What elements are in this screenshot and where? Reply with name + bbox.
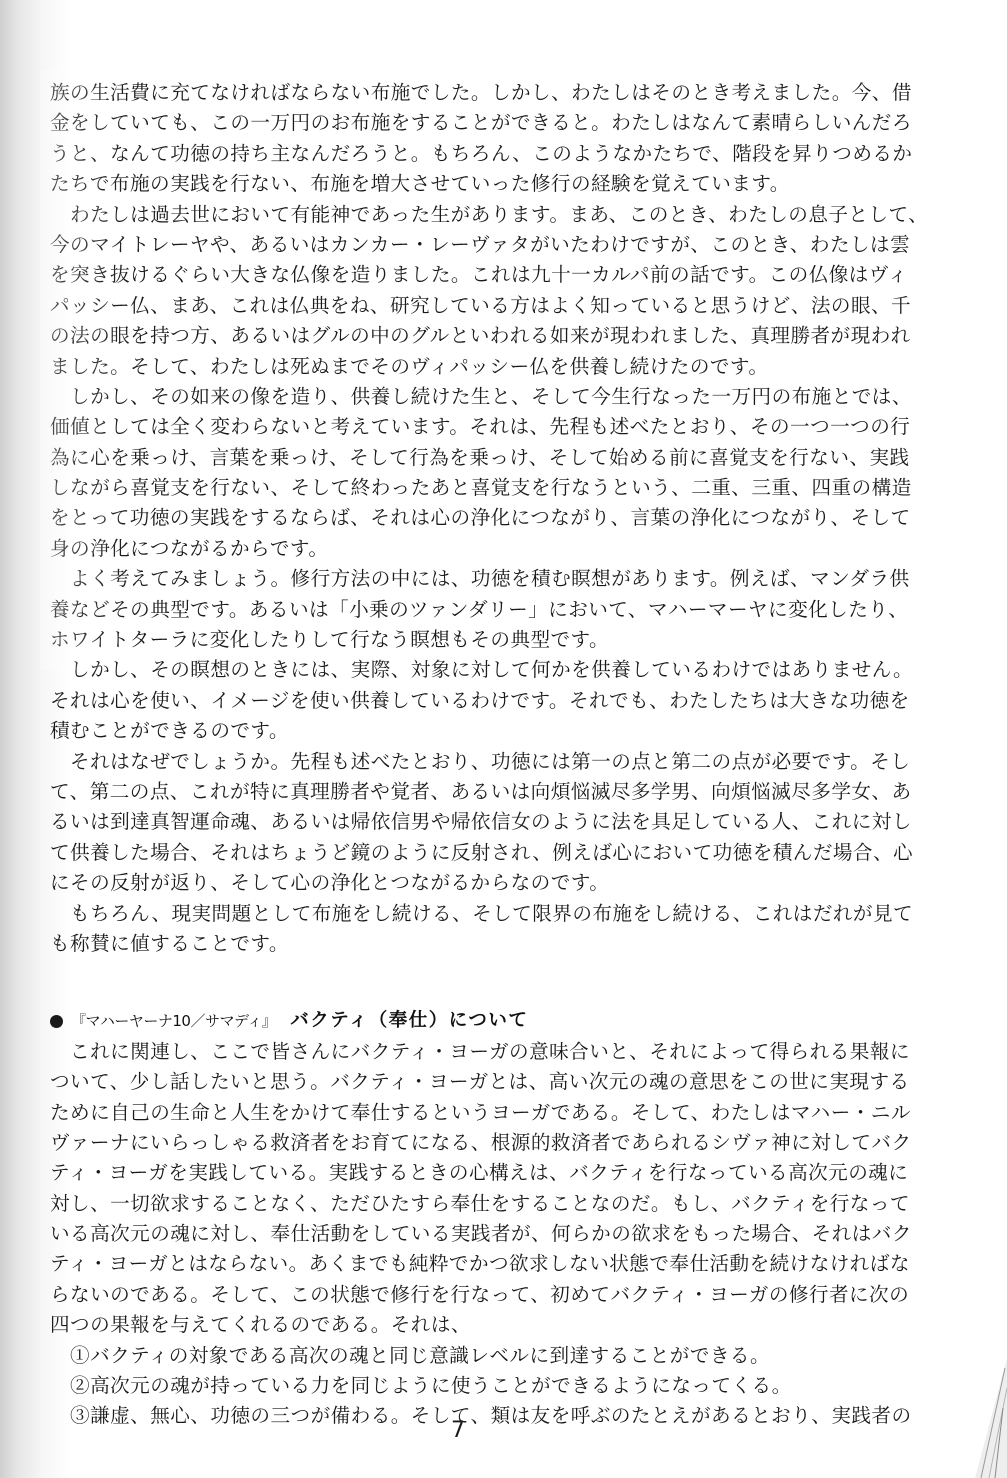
page-curl-decoration xyxy=(967,1358,1007,1478)
text-line: ホワイトターラに変化したりして行なう瞑想もその典型です。 xyxy=(50,625,890,655)
text-line: るいは到達真智運命魂、あるいは帰依信男や帰依信女のように法を具足している人、これ… xyxy=(50,807,890,837)
document-page: 族の生活費に充てなければならない布施でした。しかし、わたしはそのとき考えました。… xyxy=(50,78,890,1432)
text-line: も称賛に値することです。 xyxy=(50,929,890,959)
text-line: それはなぜでしょうか。先程も述べたとおり、功徳には第一の点と第二の点が必要です。… xyxy=(50,747,890,777)
text-line: しかし、その如来の像を造り、供養し続けた生と、そして今生行なった一万円の布施とで… xyxy=(50,382,890,412)
text-line: ために自己の生命と人生をかけて奉仕するというヨーガである。そして、わたしはマハー… xyxy=(50,1098,890,1128)
text-line: の法の眼を持つ方、あるいはグルの中のグルといわれる如来が現われました、真理勝者が… xyxy=(50,321,890,351)
bullet-icon xyxy=(50,1015,63,1028)
text-line: 身の浄化につながるからです。 xyxy=(50,534,890,564)
text-line: うと、なんて功徳の持ち主なんだろうと。もちろん、このようなかたちで、階段を昇りつ… xyxy=(50,139,890,169)
text-line: いる高次元の魂に対し、奉仕活動をしている実践者が、何らかの欲求をもった場合、それ… xyxy=(50,1219,890,1249)
body-text-part2: これに関連し、ここで皆さんにバクティ・ヨーガの意味合いと、それによって得られる果… xyxy=(50,1037,890,1432)
text-line: 対し、一切欲求することなく、ただひたすら奉仕をすることなのだ。もし、バクティを行… xyxy=(50,1189,890,1219)
text-line: 積むことができるのです。 xyxy=(50,716,890,746)
text-line: しながら喜覚支を行ない、そして終わったあと喜覚支を行なうという、二重、三重、四重… xyxy=(50,473,890,503)
text-line: ついて、少し話したいと思う。バクティ・ヨーガとは、高い次元の魂の意思をこの世に実… xyxy=(50,1067,890,1097)
text-line: ティ・ヨーガを実践している。実践するときの心構えは、バクティを行なっている高次元… xyxy=(50,1158,890,1188)
text-line: て、第二の点、これが特に真理勝者や覚者、あるいは向煩悩滅尽多学男、向煩悩滅尽多学… xyxy=(50,777,890,807)
text-line: 族の生活費に充てなければならない布施でした。しかし、わたしはそのとき考えました。… xyxy=(50,78,890,108)
text-line: パッシー仏、まあ、これは仏典をね、研究している方はよく知っていると思うけど、法の… xyxy=(50,291,890,321)
heading-title: バクティ（奉仕）について xyxy=(290,1006,528,1036)
text-line: 四つの果報を与えてくれるのである。それは、 xyxy=(50,1310,890,1340)
text-line: それは心を使い、イメージを使い供養しているわけです。それでも、わたしたちは大きな… xyxy=(50,686,890,716)
page-number: 7 xyxy=(451,1418,465,1443)
text-line: らないのである。そして、この状態で修行を行なって、初めてバクティ・ヨーガの修行者… xyxy=(50,1280,890,1310)
section-spacer xyxy=(50,959,890,1006)
text-line: 養などその典型です。あるいは「小乗のツァンダリー」において、マハーマーヤに変化し… xyxy=(50,595,890,625)
text-line: て供養した場合、それはちょうど鏡のように反射され、例えば心において功徳を積んだ場… xyxy=(50,838,890,868)
text-line: よく考えてみましょう。修行方法の中には、功徳を積む瞑想があります。例えば、マンダ… xyxy=(50,564,890,594)
body-text-part1: 族の生活費に充てなければならない布施でした。しかし、わたしはそのとき考えました。… xyxy=(50,78,890,959)
text-line: ました。そして、わたしは死ぬまでそのヴィパッシー仏を供養し続けたのです。 xyxy=(50,352,890,382)
text-line: これに関連し、ここで皆さんにバクティ・ヨーガの意味合いと、それによって得られる果… xyxy=(50,1037,890,1067)
heading-source: 『マハーヤーナ10／サマディ』 xyxy=(71,1006,276,1036)
text-line: たちで布施の実践を行ない、布施を増大させていった修行の経験を覚えています。 xyxy=(50,169,890,199)
text-line: を突き抜けるぐらい大きな仏像を造りました。これは九十一カルパ前の話です。この仏像… xyxy=(50,260,890,290)
text-line: 価値としては全く変わらないと考えています。それは、先程も述べたとおり、その一つ一… xyxy=(50,412,890,442)
list-item: ②高次元の魂が持っている力を同じように使うことができるようになってくる。 xyxy=(50,1371,890,1401)
text-line: 金をしていても、この一万円のお布施をすることができると。わたしはなんて素晴らしい… xyxy=(50,108,890,138)
text-line: 今のマイトレーヤや、あるいはカンカー・レーヴァタがいたわけですが、このとき、わた… xyxy=(50,230,890,260)
text-line: もちろん、現実問題として布施をし続ける、そして限界の布施をし続ける、これはだれが… xyxy=(50,899,890,929)
list-item: ①バクティの対象である高次の魂と同じ意識レベルに到達することができる。 xyxy=(50,1341,890,1371)
text-line: ヴァーナにいらっしゃる救済者をお育てになる、根源的救済者であられるシヴァ神に対し… xyxy=(50,1128,890,1158)
text-line: わたしは過去世において有能神であった生があります。まあ、このとき、わたしの息子と… xyxy=(50,200,890,230)
text-line: をとって功徳の実践をするならば、それは心の浄化につながり、言葉の浄化につながり、… xyxy=(50,503,890,533)
text-line: 為に心を乗っけ、言葉を乗っけ、そして行為を乗っけ、そして始める前に喜覚支を行ない… xyxy=(50,443,890,473)
list-item: ③謙虚、無心、功徳の三つが備わる。そして、類は友を呼ぶのたとえがあるとおり、実践… xyxy=(50,1401,890,1431)
text-line: しかし、その瞑想のときには、実際、対象に対して何かを供養しているわけではありませ… xyxy=(50,655,890,685)
text-line: にその反射が返り、そして心の浄化とつながるからなのです。 xyxy=(50,868,890,898)
section-heading: 『マハーヤーナ10／サマディ』 バクティ（奉仕）について xyxy=(50,1006,890,1036)
text-line: ティ・ヨーガとはならない。あくまでも純粋でかつ欲求しない状態で奉仕活動を続けなけ… xyxy=(50,1249,890,1279)
